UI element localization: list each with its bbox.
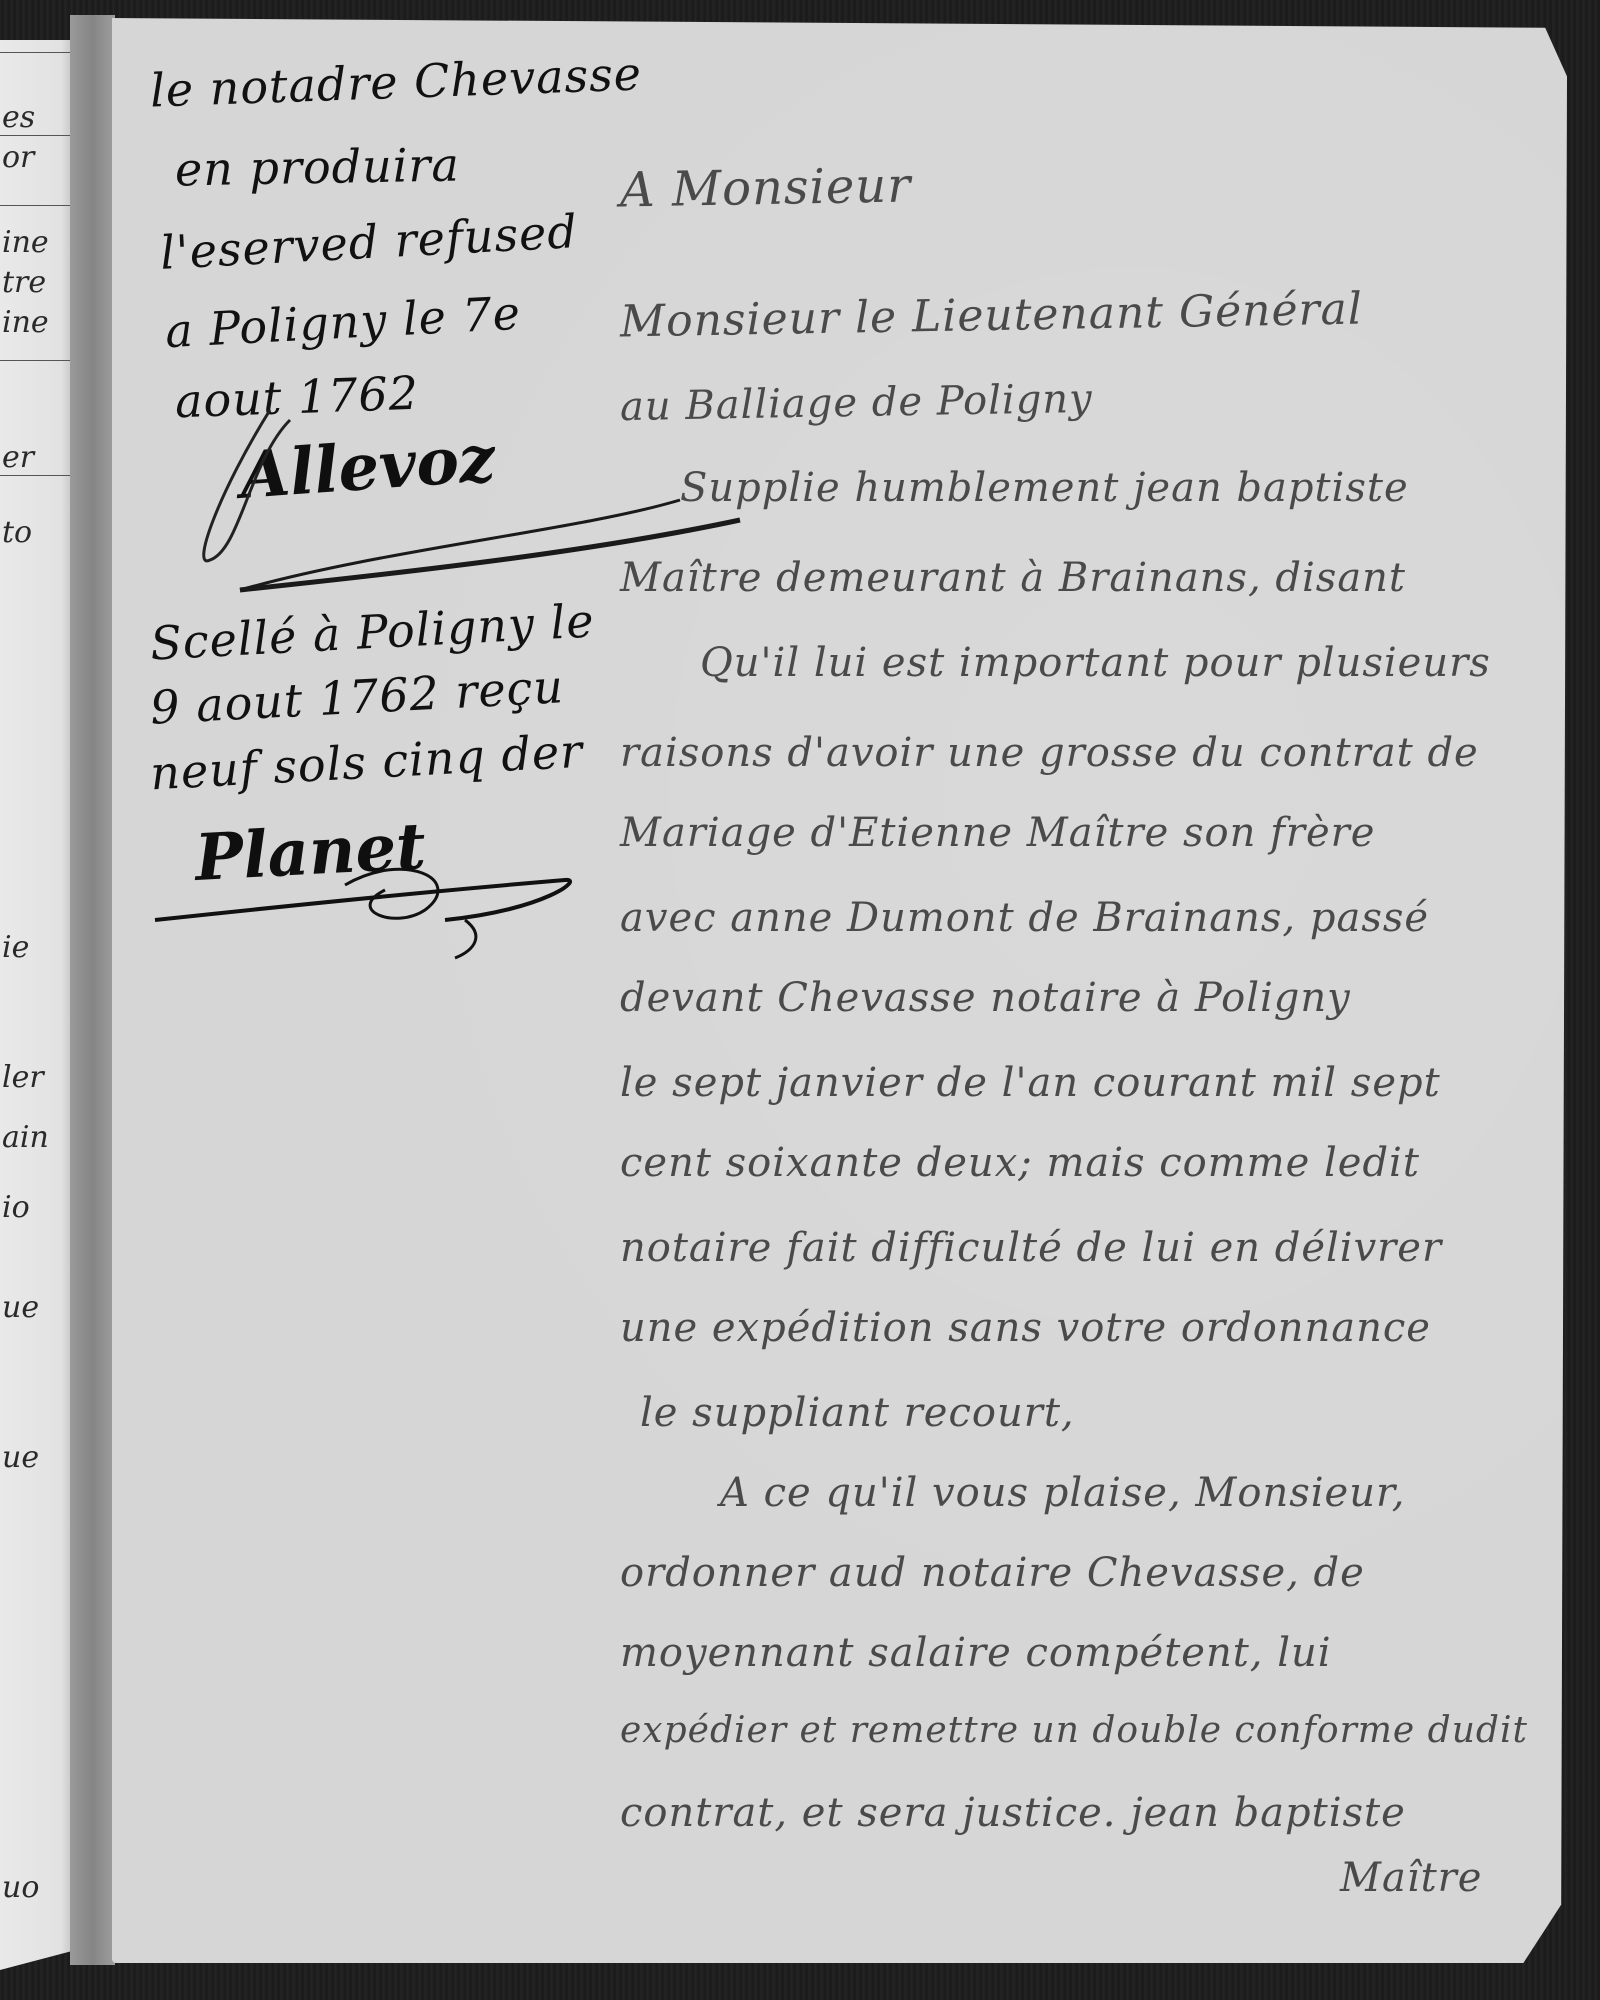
body-line: le suppliant recourt, [640,1390,1075,1436]
ruled-line [0,205,80,206]
address-line-3: au Balliage de Poligny [620,376,1093,430]
body-line: cent soixante deux; mais comme ledit [620,1140,1420,1186]
body-line: Mariage d'Etienne Maître son frère [620,810,1375,856]
left-page-fragment: to [2,515,32,550]
body-line: A ce qu'il vous plaise, Monsieur, [720,1470,1405,1516]
signature-paraph-flourish [145,850,605,960]
ruled-line [0,135,80,136]
left-page-fragment: er [2,440,34,475]
body-line: Qu'il lui est important pour plusieurs [700,640,1491,686]
left-page-fragment: tre [2,265,46,300]
body-line: Maître demeurant à Brainans, disant [620,555,1406,601]
body-line: le sept janvier de l'an courant mil sept [620,1060,1441,1106]
left-page-fragment: ie [2,930,29,965]
left-page-fragment: uo [2,1870,39,1905]
ruled-line [0,52,80,53]
ruled-line [0,475,80,476]
body-line: moyennant salaire compétent, lui [620,1630,1332,1676]
left-page-fragment: ue [2,1290,39,1325]
body-line: contrat, et sera justice. jean baptiste [620,1790,1406,1836]
body-line: avec anne Dumont de Brainans, passé [620,895,1429,941]
book-spine-gutter [70,15,115,1965]
left-page-fragment: io [2,1190,30,1225]
address-line-1: A Monsieur [620,157,912,218]
left-page-fragment: ue [2,1440,39,1475]
left-page-fragment: ine [2,225,49,260]
body-line: Supplie humblement jean baptiste [680,465,1409,511]
ruled-line [0,360,80,361]
left-page-fragment: ine [2,305,49,340]
body-line: ordonner aud notaire Chevasse, de [620,1550,1365,1596]
left-page-fragment: ler [2,1060,44,1095]
petitioner-signature: Maître [1340,1855,1482,1901]
body-line: devant Chevasse notaire à Poligny [620,975,1351,1021]
body-line: notaire fait difficulté de lui en délivr… [620,1225,1442,1271]
body-line: expédier et remettre un double conforme … [620,1710,1528,1751]
body-line: raisons d'avoir une grosse du contrat de [620,730,1479,776]
margin-note-line: en produira [175,138,461,197]
body-line: une expédition sans votre ordonnance [620,1305,1431,1351]
left-page-fragment: or [2,140,34,175]
left-page-fragment: es [2,100,35,135]
left-page-fragment: ain [2,1120,49,1155]
